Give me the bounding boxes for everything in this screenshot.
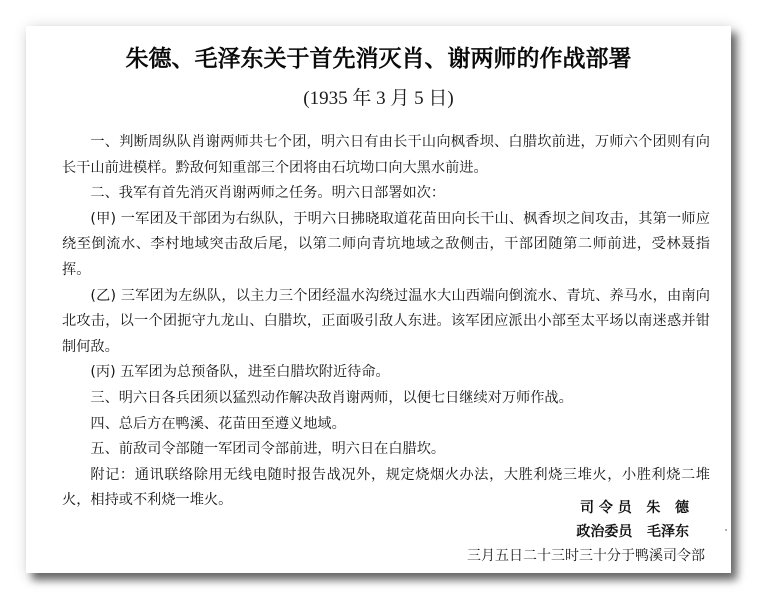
document-title: 朱德、毛泽东关于首先消灭肖、谢两师的作战部署 bbox=[26, 40, 731, 73]
document-date: (1935 年 3 月 5 日) bbox=[26, 83, 731, 110]
paragraph-5-hq: 五、前敌司令部随一军团司令部前进，明六日在白腊坎。 bbox=[62, 437, 710, 463]
paragraph-2c-reserve: (丙) 五军团为总预备队，进至白腊坎附近待命。 bbox=[62, 360, 710, 386]
document-page: 朱德、毛泽东关于首先消灭肖、谢两师的作战部署 (1935 年 3 月 5 日) … bbox=[26, 26, 731, 573]
issue-timestamp: 三月五日二十三时三十分于鸭溪司令部 bbox=[467, 544, 705, 568]
paragraph-2b-left-column: (乙) 三军团为左纵队，以主力三个团经温水沟绕过温水大山西端向倒流水、青坑、养马… bbox=[62, 284, 710, 361]
paragraph-2-task: 二、我军有首先消灭肖谢两师之任务。明六日部署如次： bbox=[62, 181, 710, 207]
signature-block: 司 令 员 朱 德 政治委员 毛泽东 三月五日二十三时三十分于鸭溪司令部 bbox=[467, 496, 705, 568]
paragraph-2a-right-column: (甲) 一军团及干部团为右纵队，于明六日拂晓取道花苗田向长干山、枫香坝之间攻击，… bbox=[62, 207, 710, 284]
signature-commissar: 政治委员 毛泽东 bbox=[467, 520, 689, 544]
paragraph-3-objective: 三、明六日各兵团须以猛烈动作解决敌肖谢两师，以便七日继续对万师作战。 bbox=[62, 386, 710, 412]
document-body: 一、判断周纵队肖谢两师共七个团，明六日有由长干山向枫香坝、白腊坎前进，万师六个团… bbox=[62, 130, 710, 514]
paragraph-4-rear: 四、总后方在鸭溪、花苗田至遵义地域。 bbox=[62, 412, 710, 438]
paragraph-1-judgment: 一、判断周纵队肖谢两师共七个团，明六日有由长干山向枫香坝、白腊坎前进，万师六个团… bbox=[62, 130, 710, 181]
scan-speck bbox=[725, 529, 727, 531]
signature-commander: 司 令 员 朱 德 bbox=[467, 496, 689, 520]
